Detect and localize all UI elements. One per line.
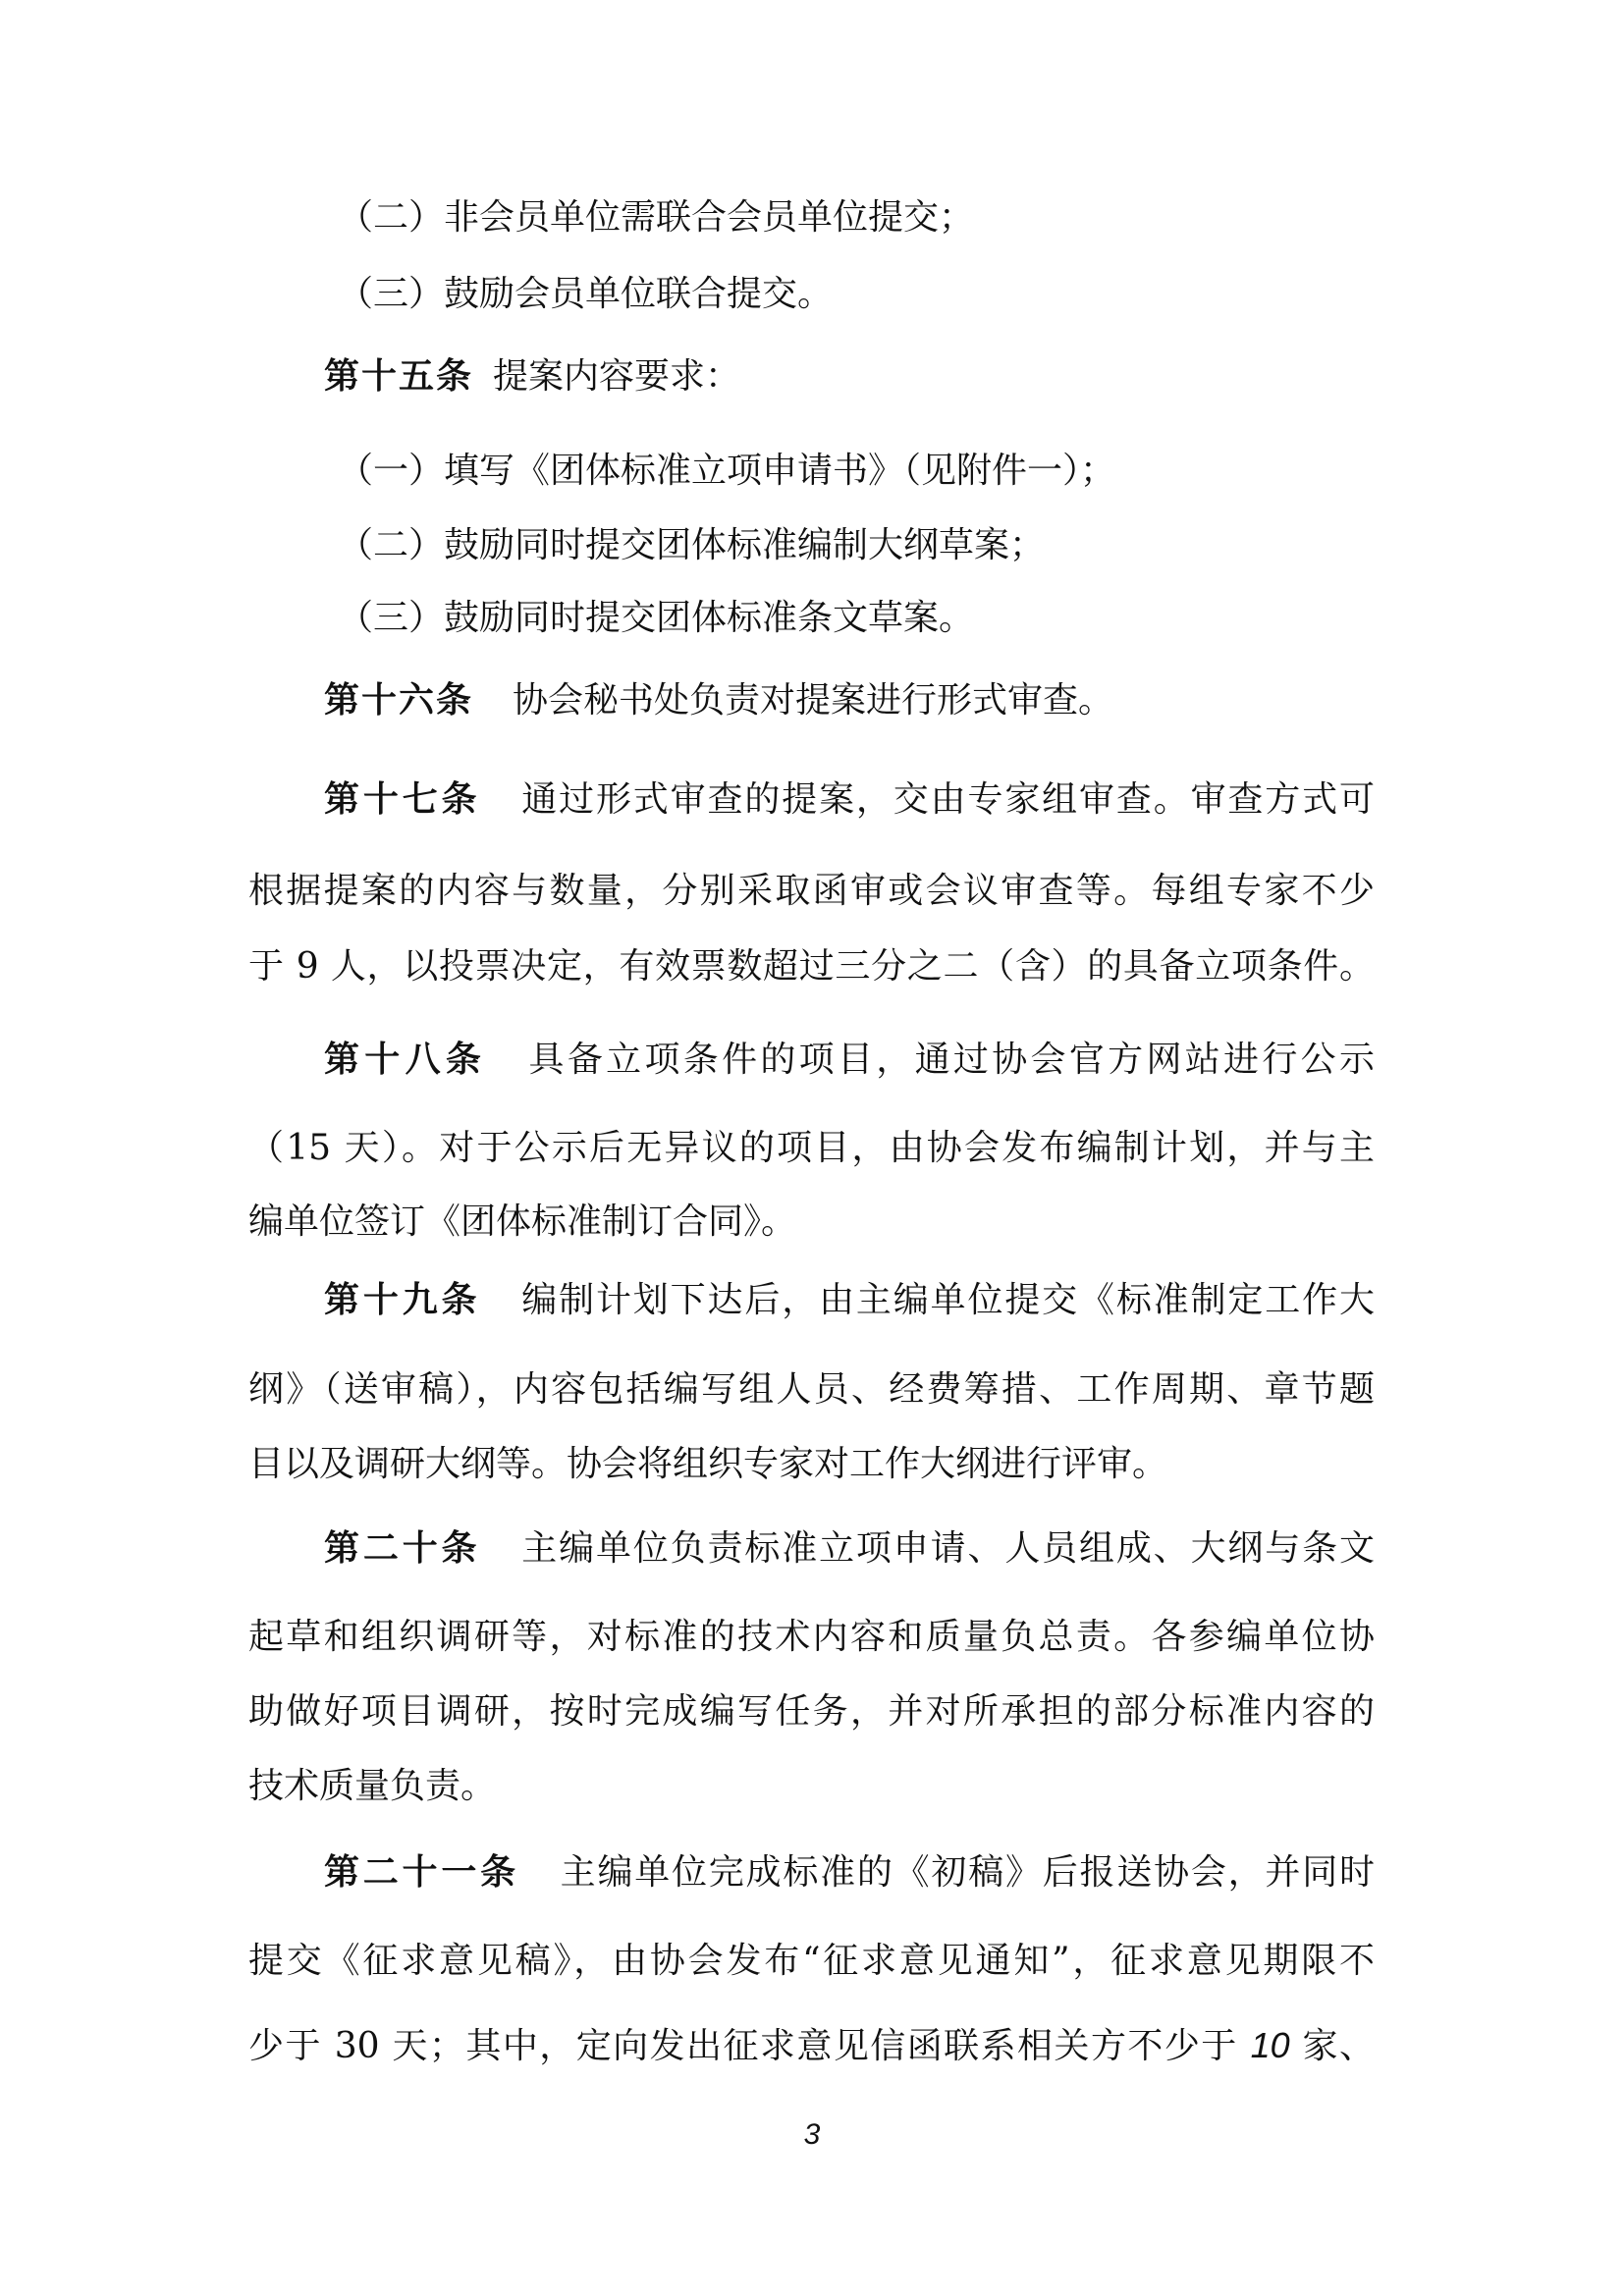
article-label: 第十九条 (324, 1280, 480, 1320)
list-item: （三）鼓励同时提交团体标准条文草案。 (338, 595, 974, 642)
article-label: 第十七条 (324, 779, 480, 820)
paragraph-line: （15 天）。对于公示后无异议的项目，由协会发布编制计划，并与主 (248, 1125, 1375, 1172)
paragraph-line: 目以及调研大纲等。协会将组织专家对工作大纲进行评审。 (248, 1441, 1167, 1488)
article-19: 第十九条编制计划下达后，由主编单位提交《标准制定工作大 (324, 1277, 1375, 1324)
paragraph-line: 技术质量负责。 (248, 1763, 496, 1810)
article-20: 第二十条主编单位负责标准立项申请、人员组成、大纲与条文 (324, 1525, 1375, 1573)
article-text: 主编单位完成标准的《初稿》后报送协会，并同时 (559, 1852, 1375, 1893)
article-label: 第十六条 (324, 680, 473, 721)
article-label: 第二十一条 (324, 1852, 519, 1893)
article-text: 主编单位负责标准立项申请、人员组成、大纲与条文 (519, 1528, 1375, 1569)
article-text: 通过形式审查的提案，交由专家组审查。审查方式可 (519, 779, 1375, 820)
text-run: 少于 30 天；其中，定向发出征求意见信函联系相关方不少于 (248, 2026, 1251, 2066)
article-21: 第二十一条主编单位完成标准的《初稿》后报送协会，并同时 (324, 1849, 1375, 1896)
page-number: 3 (797, 2118, 827, 2152)
paragraph-line: 起草和组织调研等，对标准的技术内容和质量负总责。各参编单位协 (248, 1614, 1375, 1661)
list-item: （一）填写《团体标准立项申请书》（见附件一）； (338, 448, 1115, 495)
list-item: （二）鼓励同时提交团体标准编制大纲草案； (338, 522, 1045, 569)
paragraph-line: 助做好项目调研，按时完成编写任务，并对所承担的部分标准内容的 (248, 1688, 1375, 1735)
article-15: 第十五条提案内容要求： (324, 353, 740, 400)
list-item: （三）鼓励会员单位联合提交。 (338, 271, 833, 318)
paragraph-line: 少于 30 天；其中，定向发出征求意见信函联系相关方不少于 10 家、 (248, 2022, 1375, 2069)
document-page: （二）非会员单位需联合会员单位提交； （三）鼓励会员单位联合提交。 第十五条提案… (0, 0, 1624, 2296)
article-text: 提案内容要求： (493, 356, 740, 397)
article-label: 第十五条 (324, 356, 473, 397)
article-text: 协会秘书处负责对提案进行形式审查。 (513, 680, 1113, 721)
italic-number: 10 (1251, 2025, 1290, 2065)
article-text: 编制计划下达后，由主编单位提交《标准制定工作大 (519, 1280, 1375, 1320)
article-label: 第二十条 (324, 1528, 480, 1569)
list-item: （二）非会员单位需联合会员单位提交； (338, 194, 974, 241)
paragraph-line: 提交《征求意见稿》，由协会发布“征求意见通知”，征求意见期限不 (248, 1938, 1375, 1985)
text-run: 家、 (1290, 2026, 1375, 2066)
article-label: 第十八条 (324, 1040, 486, 1080)
paragraph-line: 纲》（送审稿），内容包括编写组人员、经费筹措、工作周期、章节题 (248, 1366, 1375, 1414)
paragraph-line: 编单位签订《团体标准制订合同》。 (248, 1199, 796, 1246)
article-text: 具备立项条件的项目，通过协会官方网站进行公示 (525, 1040, 1375, 1080)
article-16: 第十六条协会秘书处负责对提案进行形式审查。 (324, 677, 1113, 724)
paragraph-line: 于 9 人，以投票决定，有效票数超过三分之二（含）的具备立项条件。 (248, 943, 1375, 990)
article-17: 第十七条通过形式审查的提案，交由专家组审查。审查方式可 (324, 776, 1375, 824)
paragraph-line: 根据提案的内容与数量，分别采取函审或会议审查等。每组专家不少 (248, 868, 1375, 915)
article-18: 第十八条具备立项条件的项目，通过协会官方网站进行公示 (324, 1037, 1375, 1084)
